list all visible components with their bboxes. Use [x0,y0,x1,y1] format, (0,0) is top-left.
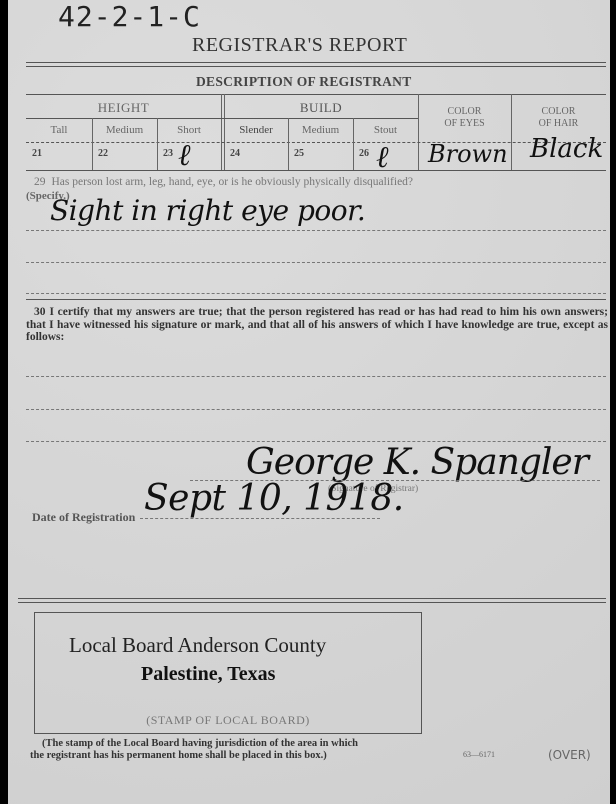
registrar-signature: George K. Spangler [246,442,588,483]
divider [26,66,606,67]
answer-line [26,262,606,263]
stamp-line2: Palestine, Texas [141,663,275,686]
form-code: 63—6171 [463,750,495,759]
build-medium-number: 25 [294,148,304,159]
eyes-header-line2: OF EYES [418,118,511,129]
divider [18,598,606,599]
height-header: HEIGHT [26,100,221,116]
answer-line [26,376,606,377]
build-stout-label: Stout [353,124,418,136]
height-tall-label: Tall [26,124,92,136]
hair-color-value: Black [530,134,603,164]
divider [26,62,606,63]
question-29-number: 29 [34,176,46,188]
build-slender-label: Slender [224,124,288,136]
grid-line [26,142,606,143]
stamp-line1: Local Board Anderson County [69,633,326,658]
over-label: (OVER) [548,748,591,762]
grid-line [26,170,606,171]
eyes-header-line1: COLOR [418,106,511,117]
build-medium-label: Medium [288,124,353,136]
build-stout-mark: ℓ [376,140,389,175]
question-29: 29Has person lost arm, leg, hand, eye, o… [28,176,608,188]
footer-note-line1: (The stamp of the Local Board having jur… [42,738,358,749]
build-header: BUILD [224,100,418,116]
height-short-mark: ℓ [178,138,191,173]
question-29-text: Has person lost arm, leg, hand, eye, or … [52,176,414,188]
date-label: Date of Registration [32,510,138,525]
height-short-label: Short [157,124,221,136]
question-30: 30I certify that my answers are true; th… [26,306,608,344]
hair-header-line1: COLOR [511,106,606,117]
divider [18,602,606,603]
registration-card: 42-2-1-C REGISTRAR'S REPORT DESCRIPTION … [8,0,610,804]
footer-note-line2: the registrant has his permanent home sh… [30,750,327,761]
date-line [140,518,380,519]
question-30-text: I certify that my answers are true; that… [26,306,608,343]
file-number: 42-2-1-C [58,0,201,33]
answer-line [26,230,606,231]
grid-line [26,118,418,119]
divider [26,94,606,95]
question-30-number: 30 [34,306,46,318]
stamp-caption: (STAMP OF LOCAL BOARD) [35,713,421,728]
page-title: REGISTRAR'S REPORT [192,34,407,57]
divider [26,299,606,300]
answer-line [26,409,606,410]
hair-header-line2: OF HAIR [511,118,606,129]
height-medium-label: Medium [92,124,157,136]
build-stout-number: 26 [359,148,369,159]
grid-line [221,94,222,170]
section-title: DESCRIPTION OF REGISTRANT [196,74,412,90]
stamp-box: Local Board Anderson County Palestine, T… [34,612,422,734]
answer-line [26,293,606,294]
registration-date: Sept 10, 1918. [144,478,404,519]
build-slender-number: 24 [230,148,240,159]
height-tall-number: 21 [32,148,42,159]
height-short-number: 23 [163,148,173,159]
height-medium-number: 22 [98,148,108,159]
question-29-answer: Sight in right eye poor. [50,194,365,227]
eye-color-value: Brown [428,140,508,168]
